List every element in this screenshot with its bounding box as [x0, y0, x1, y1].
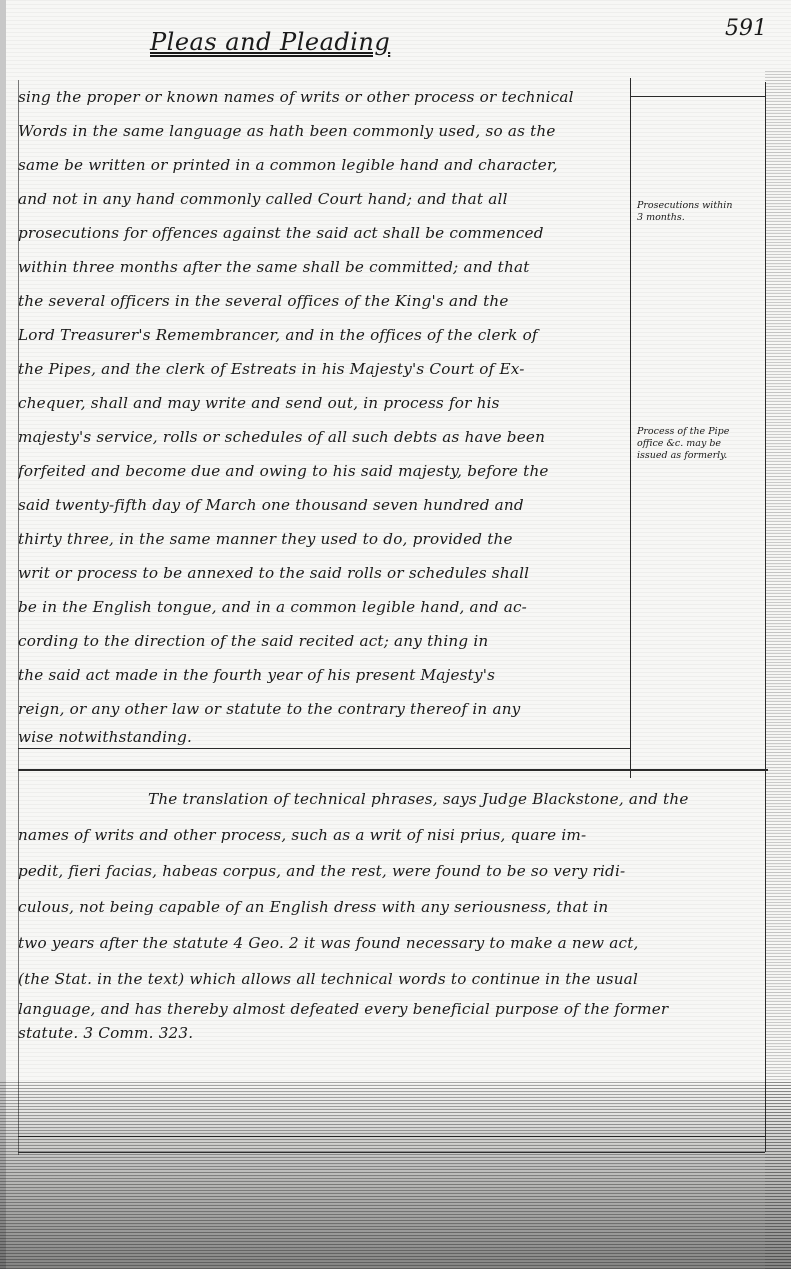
text-line: Words in the same language as hath been … [18, 122, 633, 140]
margin-note-line: office &c. may be [637, 438, 765, 450]
margin-note-line: issued as formerly. [637, 450, 765, 462]
text-line: The translation of technical phrases, sa… [18, 790, 763, 808]
text-line: be in the English tongue, and in a commo… [18, 598, 633, 616]
text-line: pedit, fieri facias, habeas corpus, and … [18, 862, 763, 880]
scan-gutter [0, 0, 6, 1269]
text-line: statute. 3 Comm. 323. [18, 1024, 763, 1042]
text-line: and not in any hand commonly called Cour… [18, 190, 633, 208]
text-line: language, and has thereby almost defeate… [18, 1000, 763, 1018]
text-line: same be written or printed in a common l… [18, 156, 633, 174]
text-line: the Pipes, and the clerk of Estreats in … [18, 360, 633, 378]
text-line: within three months after the same shall… [18, 258, 633, 276]
margin-note-pipe-office: Process of the Pipe office &c. may be is… [637, 426, 765, 462]
text-line: chequer, shall and may write and send ou… [18, 394, 633, 412]
text-line: said twenty-fifth day of March one thous… [18, 496, 633, 514]
text-line: reign, or any other law or statute to th… [18, 700, 633, 718]
margin-note-line: Process of the Pipe [637, 426, 765, 438]
text-line: two years after the statute 4 Geo. 2 it … [18, 934, 763, 952]
manuscript-page: Pleas and Pleading 591 sing the proper o… [0, 0, 791, 1269]
margin-note-line: 3 months. [637, 212, 765, 224]
page-number: 591 [725, 16, 767, 41]
margin-note-prosecutions: Prosecutions within 3 months. [637, 200, 765, 224]
margin-note-line: Prosecutions within [637, 200, 765, 212]
text-line: forfeited and become due and owing to hi… [18, 462, 633, 480]
text-line: the several officers in the several offi… [18, 292, 633, 310]
text-line: writ or process to be annexed to the sai… [18, 564, 633, 582]
text-line: prosecutions for offences against the sa… [18, 224, 633, 242]
text-line: sing the proper or known names of writs … [18, 88, 633, 106]
margin-rule-right [765, 82, 766, 1152]
text-line: the said act made in the fourth year of … [18, 666, 633, 684]
margin-box-top [630, 96, 765, 97]
text-line: majesty's service, rolls or schedules of… [18, 428, 633, 446]
text-line: thirty three, in the same manner they us… [18, 530, 633, 548]
text-line: Lord Treasurer's Remembrancer, and in th… [18, 326, 633, 344]
scan-noise-bottom [0, 1080, 791, 1269]
text-line: names of writs and other process, such a… [18, 826, 763, 844]
text-line: cording to the direction of the said rec… [18, 632, 633, 650]
text-line: culous, not being capable of an English … [18, 898, 763, 916]
page-title: Pleas and Pleading [150, 28, 390, 56]
section1-end-rule [18, 748, 630, 749]
text-line: wise notwithstanding. [18, 728, 633, 746]
section-divider [18, 769, 768, 771]
text-line: (the Stat. in the text) which allows all… [18, 970, 763, 988]
